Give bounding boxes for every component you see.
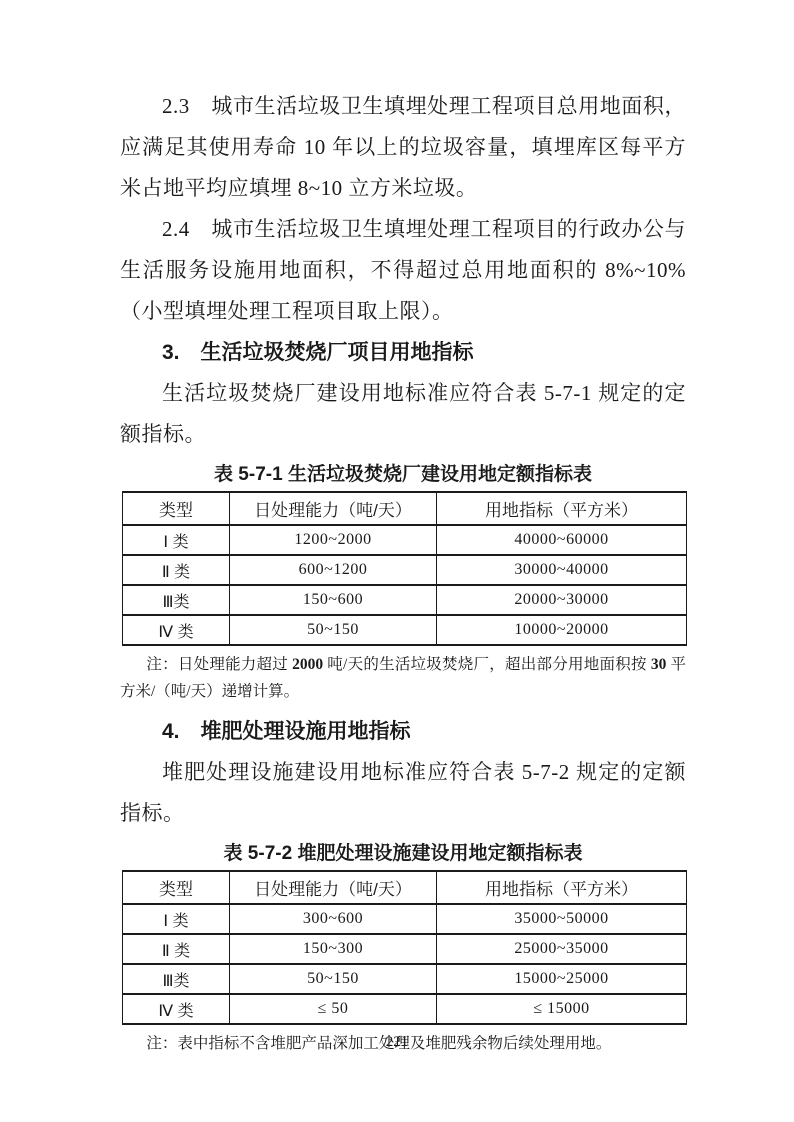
header-cell-capacity: 日处理能力（吨/天） (230, 492, 437, 525)
cell-type: Ⅲ类 (123, 585, 230, 615)
page-number: 221 (0, 1032, 794, 1052)
table-5-7-1-note: 注：日处理能力超过 2000 吨/天的生活垃圾焚烧厂，超出部分用地面积按 30 … (120, 651, 686, 705)
cell-type: Ⅳ 类 (123, 994, 230, 1024)
cell-land: 15000~25000 (437, 964, 687, 994)
cell-land: 30000~40000 (437, 555, 687, 585)
section-3-heading: 3. 生活垃圾焚烧厂项目用地指标 (120, 332, 686, 373)
cell-land: ≤ 15000 (437, 994, 687, 1024)
cell-type: Ⅳ 类 (123, 615, 230, 645)
cell-capacity: 50~150 (230, 615, 437, 645)
cell-capacity: 50~150 (230, 964, 437, 994)
table-row: Ⅳ 类 ≤ 50 ≤ 15000 (123, 994, 687, 1024)
cell-capacity: 600~1200 (230, 555, 437, 585)
cell-capacity: ≤ 50 (230, 994, 437, 1024)
table-row: Ⅳ 类 50~150 10000~20000 (123, 615, 687, 645)
cell-land: 20000~30000 (437, 585, 687, 615)
header-cell-type: 类型 (123, 871, 230, 904)
table-5-7-1-title: 表 5-7-1 生活垃圾焚烧厂建设用地定额指标表 (120, 461, 686, 488)
table-5-7-1: 类型 日处理能力（吨/天） 用地指标（平方米） Ⅰ 类 1200~2000 40… (122, 491, 687, 646)
table-row: Ⅲ类 150~600 20000~30000 (123, 585, 687, 615)
section-4-body: 堆肥处理设施建设用地标准应符合表 5-7-2 规定的定额指标。 (120, 752, 686, 834)
table-5-7-2-title: 表 5-7-2 堆肥处理设施建设用地定额指标表 (120, 840, 686, 867)
table-row: Ⅰ 类 1200~2000 40000~60000 (123, 525, 687, 555)
cell-capacity: 150~300 (230, 934, 437, 964)
section-4-heading: 4. 堆肥处理设施用地指标 (120, 711, 686, 752)
header-cell-land: 用地指标（平方米） (437, 871, 687, 904)
cell-capacity: 150~600 (230, 585, 437, 615)
cell-land: 10000~20000 (437, 615, 687, 645)
table-row: Ⅱ 类 600~1200 30000~40000 (123, 555, 687, 585)
paragraph-2-4: 2.4 城市生活垃圾卫生填埋处理工程项目的行政办公与生活服务设施用地面积，不得超… (120, 209, 686, 332)
cell-capacity: 1200~2000 (230, 525, 437, 555)
cell-type: Ⅰ 类 (123, 525, 230, 555)
paragraph-2-3: 2.3 城市生活垃圾卫生填埋处理工程项目总用地面积，应满足其使用寿命 10 年以… (120, 86, 686, 209)
document-page: 2.3 城市生活垃圾卫生填埋处理工程项目总用地面积，应满足其使用寿命 10 年以… (0, 0, 794, 1122)
table-row: Ⅱ 类 150~300 25000~35000 (123, 934, 687, 964)
table-header-row: 类型 日处理能力（吨/天） 用地指标（平方米） (123, 871, 687, 904)
document-content: 2.3 城市生活垃圾卫生填埋处理工程项目总用地面积，应满足其使用寿命 10 年以… (120, 86, 686, 1063)
table-header-row: 类型 日处理能力（吨/天） 用地指标（平方米） (123, 492, 687, 525)
cell-land: 40000~60000 (437, 525, 687, 555)
cell-type: Ⅱ 类 (123, 555, 230, 585)
cell-land: 35000~50000 (437, 904, 687, 934)
cell-capacity: 300~600 (230, 904, 437, 934)
header-cell-land: 用地指标（平方米） (437, 492, 687, 525)
table-5-7-2: 类型 日处理能力（吨/天） 用地指标（平方米） Ⅰ 类 300~600 3500… (122, 870, 687, 1025)
table-row: Ⅰ 类 300~600 35000~50000 (123, 904, 687, 934)
section-3-body: 生活垃圾焚烧厂建设用地标准应符合表 5-7-1 规定的定额指标。 (120, 373, 686, 455)
header-cell-capacity: 日处理能力（吨/天） (230, 871, 437, 904)
table-row: Ⅲ类 50~150 15000~25000 (123, 964, 687, 994)
cell-type: Ⅲ类 (123, 964, 230, 994)
cell-type: Ⅰ 类 (123, 904, 230, 934)
cell-type: Ⅱ 类 (123, 934, 230, 964)
header-cell-type: 类型 (123, 492, 230, 525)
cell-land: 25000~35000 (437, 934, 687, 964)
